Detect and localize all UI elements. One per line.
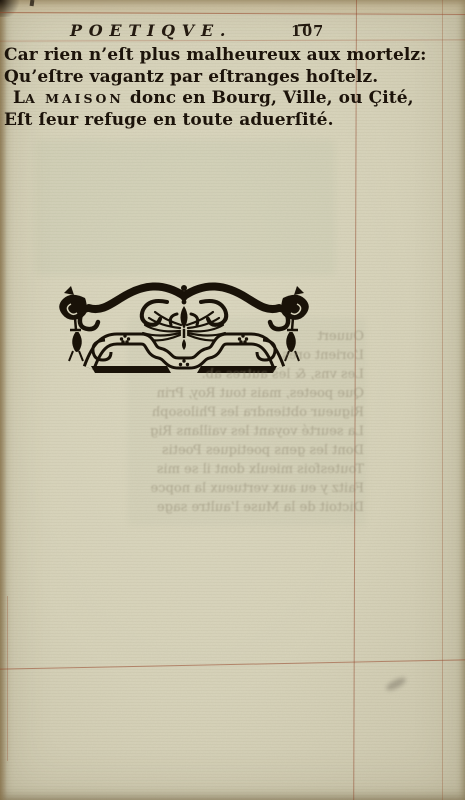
verso-showthrough-sheen [35, 140, 335, 275]
poem-line-2: Qu’eſtre vagantz par eſtranges hoſtelz. [4, 67, 359, 89]
poem-line-3-rest: donc en Bourg, Ville, ou Çité, [124, 88, 414, 108]
bleedthrough-line: Dont les gens poetiques Poetis [138, 441, 364, 460]
poem-line-3-initial: L [13, 88, 25, 108]
poem-line-3-smallcaps: A MAISON [25, 91, 124, 106]
ruling-line-vertical-left [7, 596, 8, 761]
bleedthrough-text: Ouuert L’orient ores Les vns, & les autr… [138, 327, 364, 517]
bleedthrough-line: Dictoit de la Muse l’aultre sage [138, 498, 364, 517]
ink-smudge [384, 675, 407, 692]
book-page-photo: POETIQVE. 107 Car rien n’eſt plus malheu… [0, 0, 465, 800]
bleedthrough-line: La seurté voyant les vaillans Rig [138, 422, 364, 441]
top-edge-mark [30, 0, 35, 6]
corner-dark-blotch [0, 0, 22, 17]
ruling-line-horizontal-bottom [0, 659, 465, 669]
ruling-line-vertical-right [442, 0, 443, 800]
poem-line-4: Eſt ſeur refuge en toute aduerſité. [4, 110, 359, 132]
bleedthrough-line: Ouuert [138, 327, 364, 346]
bleedthrough-line: Toutesfois mieulx dont il se mis [138, 460, 364, 479]
poem-line-3: LA MAISON donc en Bourg, Ville, ou Çité, [4, 88, 359, 110]
bleedthrough-line: Que poetes, mais tout Roy, Prin [138, 384, 364, 403]
bleedthrough-line: L’orient ores [138, 346, 364, 365]
bleedthrough-line: Faitz y eu aux vertueux la nopce [138, 479, 364, 498]
bleedthrough-line: Rigueur obtiendra les Philosoph [138, 403, 364, 422]
poem-line-1: Car rien n’eſt plus malheureux aux morte… [4, 45, 359, 67]
page-number: 107 [291, 23, 324, 40]
bleedthrough-line: Les vns, & les autres ab. [138, 365, 364, 384]
running-header-title: POETIQVE. [70, 21, 232, 40]
poem-text-block: Car rien n’eſt plus malheureux aux morte… [4, 45, 359, 131]
